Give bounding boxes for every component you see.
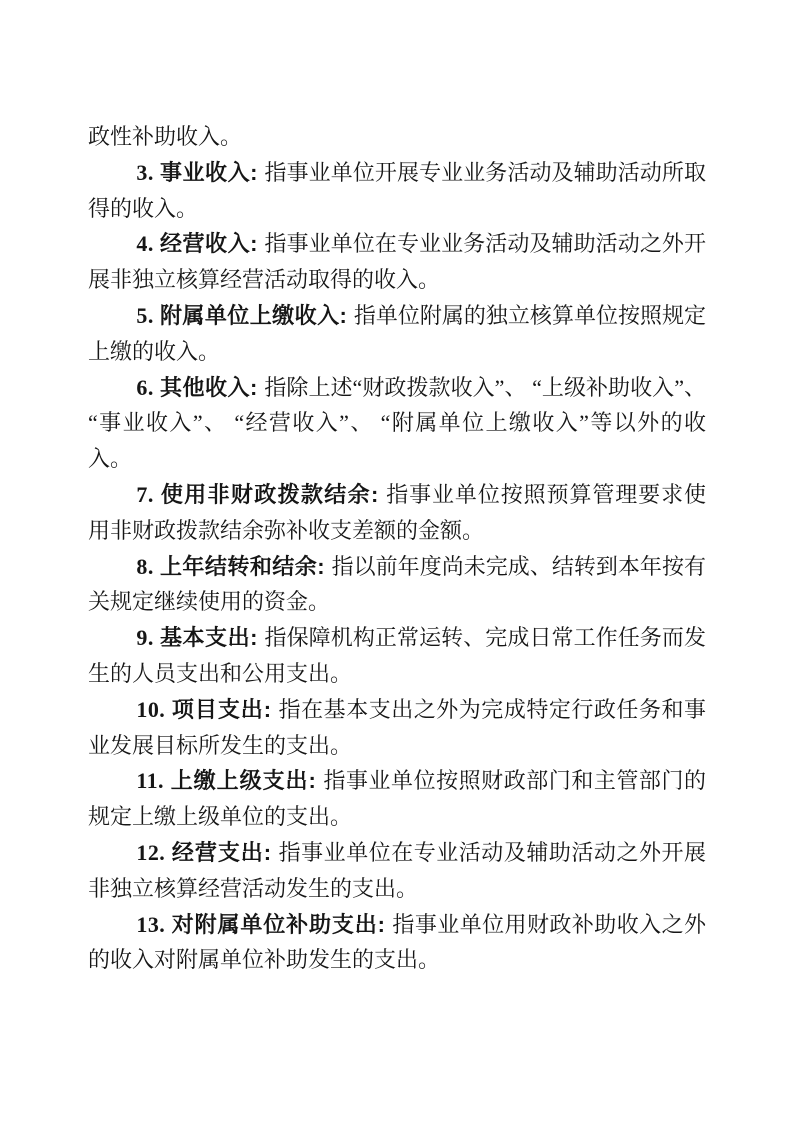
- definition-paragraph: 7.使用非财政拨款结余:指事业单位按照预算管理要求使用非财政拨款结余弥补收支差额…: [88, 477, 706, 549]
- term-text: 项目支出:: [171, 697, 271, 722]
- term-text: 对附属单位补助支出:: [171, 912, 385, 937]
- definition-paragraph: 13.对附属单位补助支出:指事业单位用财政补助收入之外的收入对附属单位补助发生的…: [88, 907, 706, 979]
- definition-paragraph: 3.事业收入:指事业单位开展专业业务活动及辅助活动所取得的收入。: [88, 155, 706, 227]
- item-number: 5.: [136, 303, 153, 328]
- term-text: 使用非财政拨款结余:: [160, 482, 379, 507]
- definition-paragraph: 9.基本支出:指保障机构正常运转、完成日常工作任务而发生的人员支出和公用支出。: [88, 620, 706, 692]
- item-number: 11.: [136, 768, 164, 793]
- definition-paragraph: 12.经营支出:指事业单位在专业活动及辅助活动之外开展非独立核算经营活动发生的支…: [88, 835, 706, 907]
- term-label: 13.对附属单位补助支出:: [136, 912, 385, 937]
- term-label: 9.基本支出:: [136, 625, 257, 650]
- term-text: 基本支出:: [160, 625, 258, 650]
- definition-paragraph: 6.其他收入:指除上述“财政拨款收入”、 “上级补助收入”、 “事业收入”、 “…: [88, 370, 706, 477]
- definition-list: 3.事业收入:指事业单位开展专业业务活动及辅助活动所取得的收入。 4.经营收入:…: [88, 155, 706, 978]
- term-label: 11.上缴上级支出:: [136, 768, 316, 793]
- definition-paragraph: 4.经营收入:指事业单位在专业业务活动及辅助活动之外开展非独立核算经营活动取得的…: [88, 226, 706, 298]
- item-number: 9.: [136, 625, 153, 650]
- term-label: 12.经营支出:: [136, 840, 271, 865]
- term-label: 4.经营收入:: [136, 231, 257, 256]
- term-text: 上缴上级支出:: [170, 768, 316, 793]
- item-number: 13.: [136, 912, 165, 937]
- item-number: 7.: [136, 482, 153, 507]
- document-page-body: 政性补助收入。 3.事业收入:指事业单位开展专业业务活动及辅助活动所取得的收入。…: [88, 119, 706, 978]
- definition-paragraph: 11.上缴上级支出:指事业单位按照财政部门和主管部门的规定上缴上级单位的支出。: [88, 763, 706, 835]
- term-label: 10.项目支出:: [136, 697, 271, 722]
- term-text: 经营收入:: [160, 231, 258, 256]
- definition-paragraph: 10.项目支出:指在基本支出之外为完成特定行政任务和事业发展目标所发生的支出。: [88, 692, 706, 764]
- item-number: 12.: [136, 840, 165, 865]
- term-text: 事业收入:: [160, 160, 258, 185]
- term-text: 经营支出:: [171, 840, 271, 865]
- item-number: 8.: [136, 554, 153, 579]
- paragraph-continuation: 政性补助收入。: [88, 119, 706, 155]
- term-text: 其他收入:: [160, 375, 258, 400]
- term-label: 3.事业收入:: [136, 160, 257, 185]
- item-number: 4.: [136, 231, 153, 256]
- definition-paragraph: 5.附属单位上缴收入:指单位附属的独立核算单位按照规定上缴的收入。: [88, 298, 706, 370]
- item-number: 3.: [136, 160, 153, 185]
- item-number: 6.: [136, 375, 153, 400]
- term-label: 5.附属单位上缴收入:: [136, 303, 347, 328]
- definition-paragraph: 8.上年结转和结余:指以前年度尚未完成、结转到本年按有关规定继续使用的资金。: [88, 549, 706, 621]
- term-label: 7.使用非财政拨款结余:: [136, 482, 378, 507]
- item-number: 10.: [136, 697, 165, 722]
- term-text: 附属单位上缴收入:: [160, 303, 347, 328]
- term-label: 8.上年结转和结余:: [136, 554, 325, 579]
- term-text: 上年结转和结余:: [160, 554, 325, 579]
- term-label: 6.其他收入:: [136, 375, 257, 400]
